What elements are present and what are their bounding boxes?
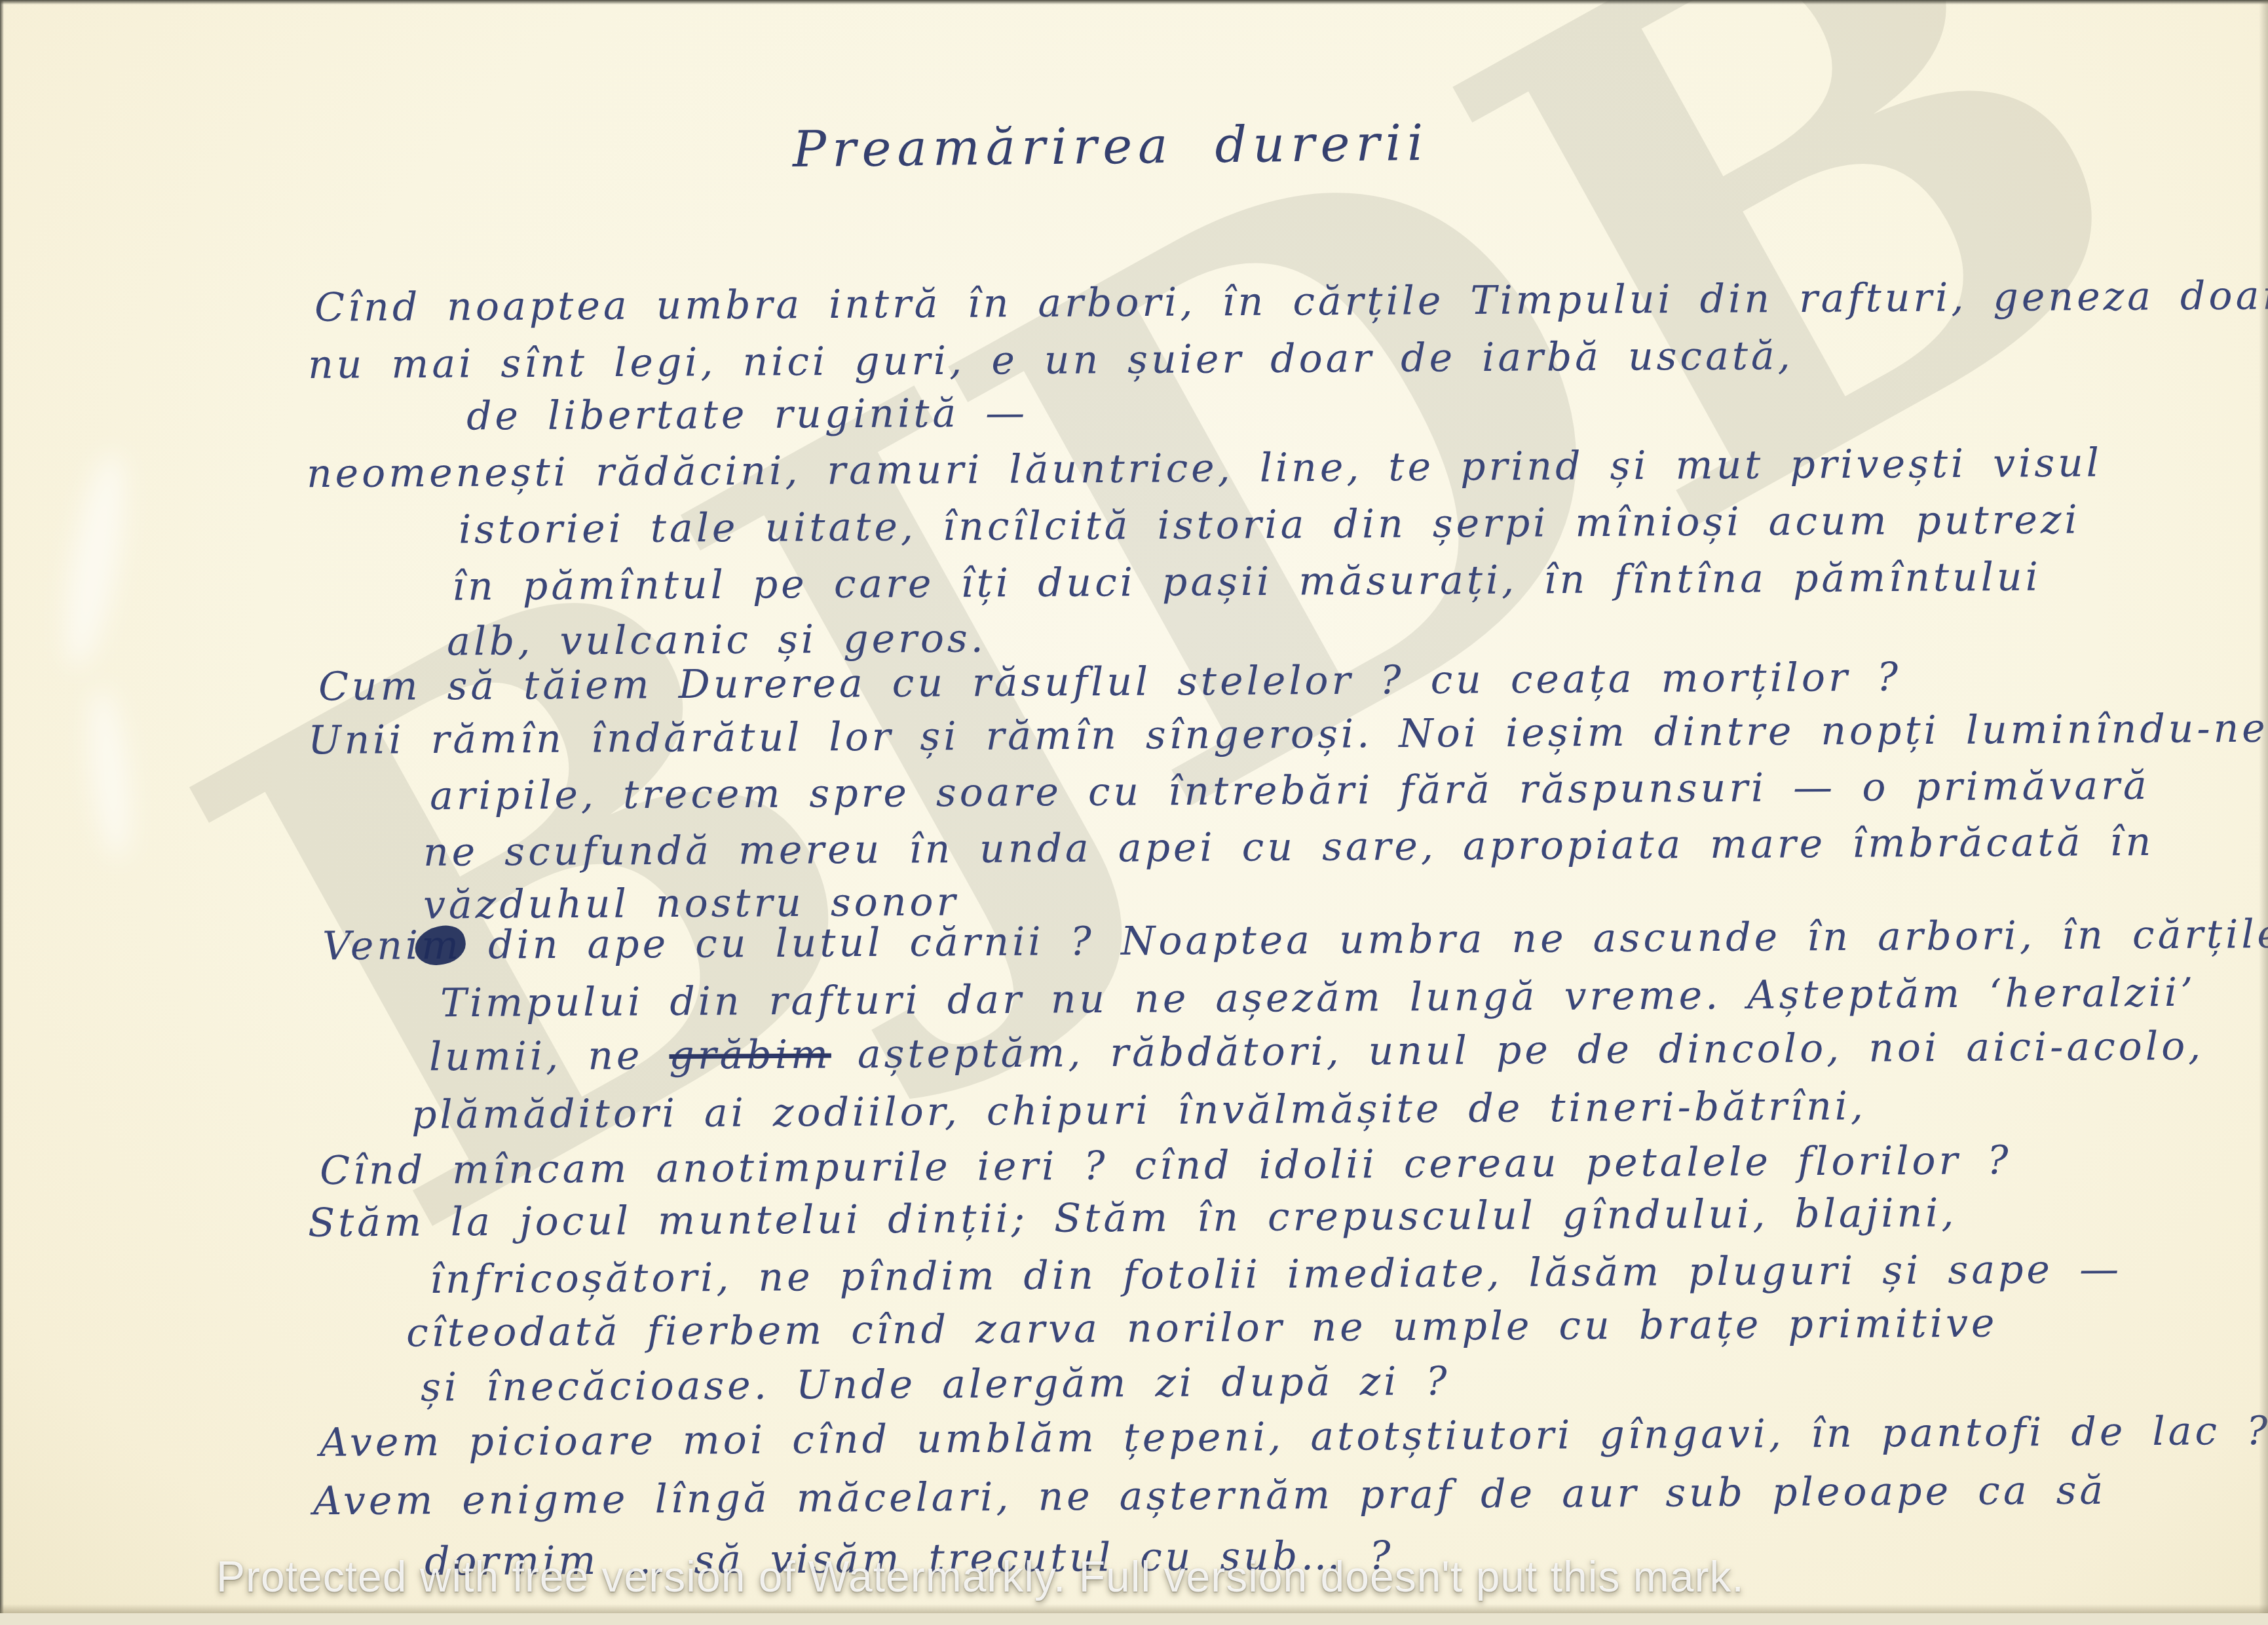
paper-scuff (54, 449, 136, 670)
manuscript-line: Cînd noaptea umbra intră în arbori, în c… (314, 272, 2268, 330)
line-text: așteptăm, răbdători, unul pe de dincolo,… (831, 1023, 2204, 1078)
watermarkly-notice: Protected with free version of Watermark… (216, 1552, 1745, 1601)
manuscript-line: istoriei tale uitate, încîlcită istoria … (459, 497, 2081, 552)
manuscript-line: aripile, trecem spre soare cu întrebări … (430, 763, 2150, 819)
manuscript-line: cîteodată fierbem cînd zarva norilor ne … (406, 1301, 1998, 1356)
paper-edge-left (0, 0, 4, 1625)
manuscript-line: înfricoșători, ne pîndim din fotolii ime… (430, 1246, 2122, 1303)
manuscript-line: ne scufundă mereu în unda apei cu sare, … (423, 819, 2155, 875)
paper-edge-bottom (0, 1604, 2268, 1613)
manuscript-line: Avem enigme lîngă măcelari, ne așternăm … (313, 1468, 2107, 1525)
manuscript-line: de libertate ruginită — (466, 390, 1029, 439)
page-title: Preamărirea durerii (793, 113, 1429, 178)
manuscript-line: alb, vulcanic și geros. (447, 615, 987, 664)
ink-blot-word: Venim (322, 923, 462, 969)
manuscript-line: nu mai sînt legi, nici guri, e un șuier … (308, 333, 1794, 388)
manuscript-line: în pămîntul pe care îți duci pașii măsur… (452, 554, 2041, 610)
manuscript-line: Cînd mîncam anotimpurile ieri ? cînd ido… (320, 1137, 2012, 1194)
manuscript-line: plămăditori ai zodiilor, chipuri învălmă… (411, 1083, 1866, 1138)
paper-edge-right (2259, 0, 2268, 1625)
manuscript-line: și înecăcioase. Unde alergăm zi după zi … (421, 1358, 1450, 1411)
manuscript-line: Stăm la jocul muntelui dinții; Stăm în c… (308, 1190, 1957, 1246)
crossed-out-word: grăbim (669, 1032, 831, 1079)
manuscript-line: Avem picioare moi cînd umblăm țepeni, at… (320, 1408, 2268, 1466)
manuscript-line: Unii rămîn îndărătul lor și rămîn sînger… (308, 706, 2268, 763)
manuscript-line: Cum să tăiem Durerea cu răsuflul stelelo… (318, 655, 1901, 710)
manuscript-line: lumii, ne grăbim așteptăm, răbdători, un… (429, 1023, 2204, 1080)
manuscript-line: Timpului din rafturi dar nu ne așezăm lu… (440, 970, 2197, 1026)
paper-scuff (83, 687, 137, 860)
manuscript-line: neomenești rădăcini, ramuri lăuntrice, l… (307, 440, 2102, 497)
paper-edge-bottom-strip (0, 1613, 2268, 1625)
manuscript-page: BJDB Preamărirea durerii Cînd noaptea um… (0, 0, 2268, 1625)
line-text: lumii, ne (429, 1033, 670, 1080)
paper-edge-top (0, 0, 2268, 5)
